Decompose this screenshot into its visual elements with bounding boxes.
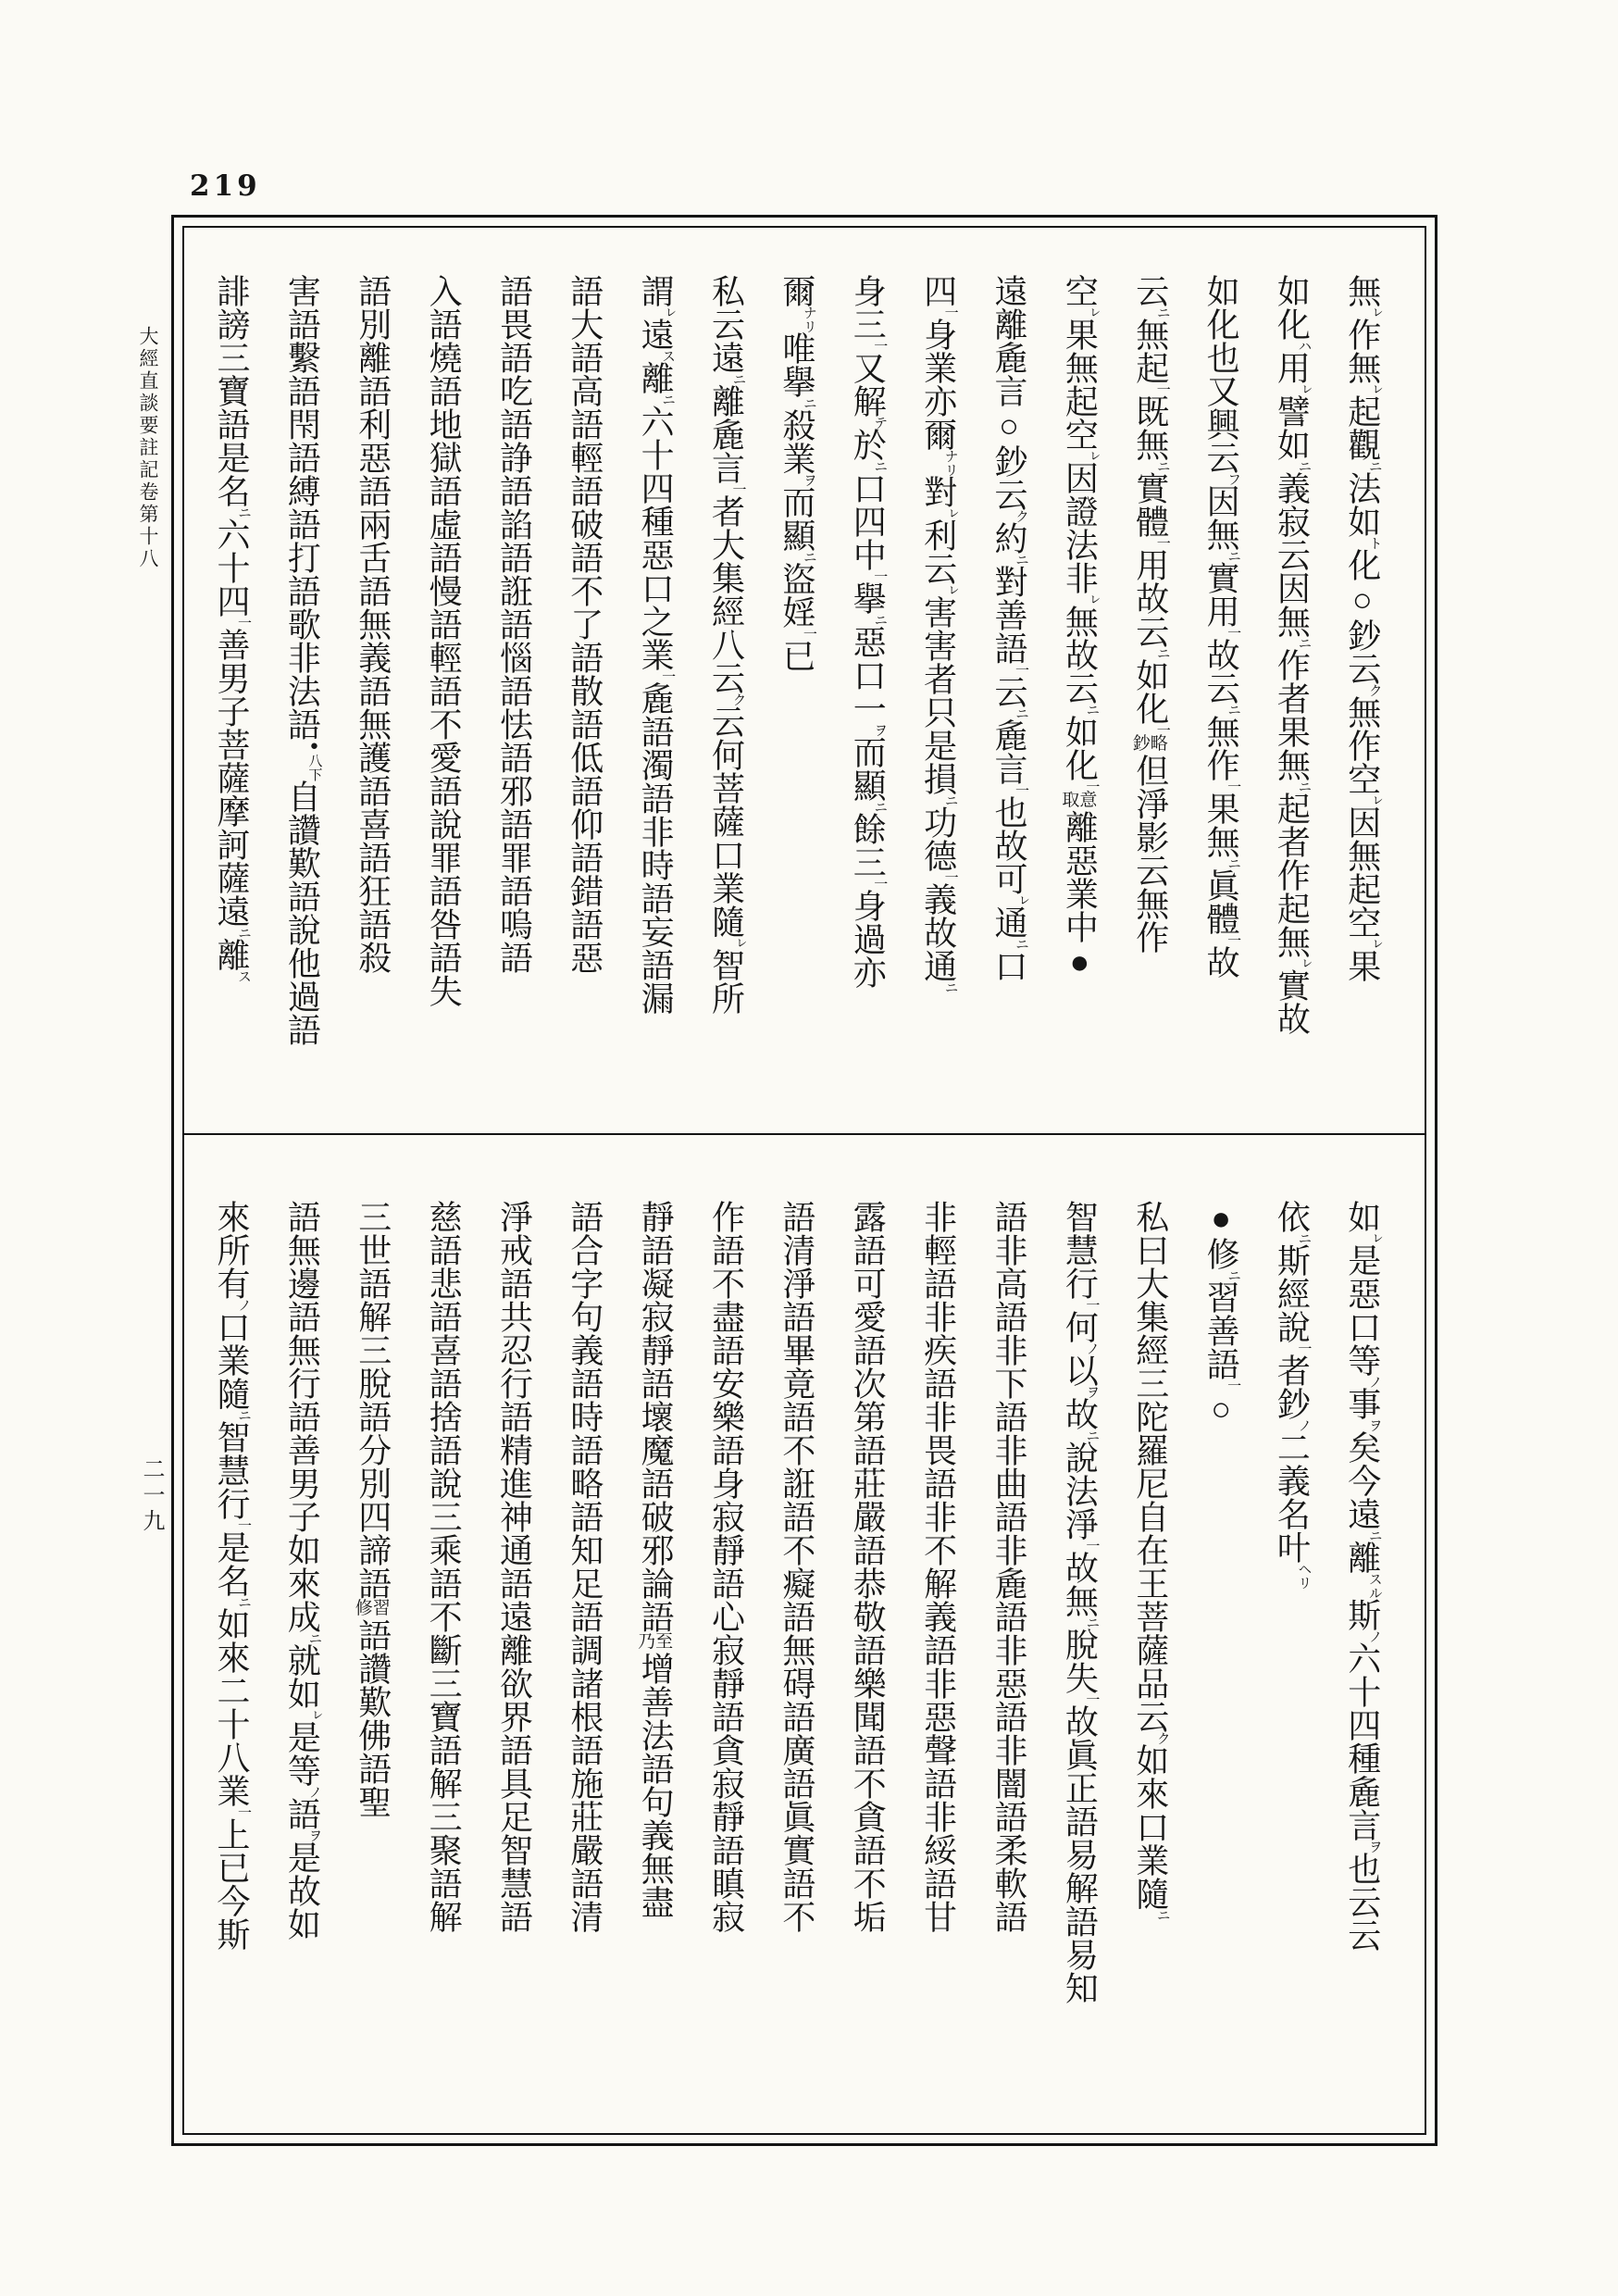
- kunten-mark: ク: [1367, 683, 1381, 697]
- text-column: 語大語高語輕語破語不了語散語低語仰語錯語惡: [566, 274, 604, 974]
- text-column: 智慧行一何ノ以ヲ故ニ說法淨一故無ニ脫失一故眞正語易解語易知: [1061, 1200, 1098, 2004]
- kunten-mark: ノ: [1367, 1629, 1381, 1643]
- kunten-mark: ノ: [1084, 1341, 1098, 1355]
- kunten-mark: テ: [872, 416, 886, 430]
- kunten-mark: ニ: [802, 396, 815, 410]
- kunten-mark: ニ: [1296, 459, 1310, 473]
- kunten-mark: ニ: [802, 550, 815, 564]
- kunten-mark: ㇾ: [943, 583, 957, 597]
- kunten-mark: ナリ: [943, 449, 957, 477]
- text-column: 慈語悲語喜語捨語說三乘語不斷三寶語解三聚語解: [425, 1200, 462, 1933]
- kunten-mark: ノ: [1367, 1375, 1381, 1389]
- kunten-mark: ト: [1367, 536, 1381, 550]
- top-text-block: 無ㇾ作無ㇾ起觀ニ法如ト化○鈔云ク無作空ㇾ因無起空ㇾ果如化ハ用ㇾ譬如ニ義寂云因無ニ…: [213, 274, 1381, 1128]
- kunten-mark: 一: [1226, 1379, 1239, 1392]
- kunten-mark: ニ: [1014, 706, 1027, 720]
- kunten-mark: ス: [236, 969, 250, 983]
- text-column: 語非高語非下語非曲語非麁語非惡語非闇語柔軟語: [990, 1200, 1027, 1933]
- kunten-mark: ハ: [1296, 339, 1310, 353]
- text-column: 來所有ノ口業隨ニ智慧行一是名ニ如來二十八業一上已今斯: [213, 1200, 250, 1951]
- kunten-mark: ニ: [1296, 1231, 1310, 1245]
- kunten-mark: ノ: [306, 1785, 320, 1799]
- text-column: 遠離麁言○鈔云ク約ニ對善語一云ニ麁言一也故可ㇾ通ニ口: [990, 274, 1027, 982]
- kunten-mark: 一: [872, 339, 886, 353]
- kunten-mark: ニ: [1014, 553, 1027, 567]
- kunten-mark: ニ: [660, 393, 674, 406]
- text-column: 四一身業亦爾ナリ對ㇾ利云ㇾ害害者只是損ニ功德一義故通ニ: [920, 274, 957, 992]
- kunten-mark: 一: [1084, 1692, 1098, 1706]
- kunten-mark: ニ: [1155, 306, 1169, 319]
- kunten-mark: 一: [802, 627, 815, 641]
- kunten-mark: 一: [1226, 780, 1239, 793]
- kunten-mark: ニ: [1296, 636, 1310, 650]
- kunten-mark: ㇾ: [1084, 306, 1098, 319]
- text-column: 爾ナリ唯擧ニ殺業ヲ而顯ニ盜婬一已: [778, 274, 815, 672]
- text-column: 三世語解三脫語分別四諦語修習語讚歎佛語聖: [355, 1200, 392, 1818]
- text-column: 淨戒語共忍行語精進神通語遠離欲界語具足智慧語: [495, 1200, 532, 1933]
- kunten-mark: ク: [731, 693, 745, 706]
- text-column: 語清淨語畢竟語不誑語不癡語無碍語廣語眞實語不: [778, 1200, 815, 1933]
- text-column: 語別離語利惡語兩舌語無義語無護語喜語狂語殺: [355, 274, 392, 974]
- text-column: 身三一又解テ於ニ口四中一擧ニ惡口一ヲ而顯ニ餘三一身過亦: [849, 274, 886, 989]
- kunten-mark: ㇾ: [943, 506, 957, 520]
- text-column: 作語不盡語安樂語身寂靜語心寂靜語貪寂靜語瞋寂: [708, 1200, 745, 1933]
- kunten-mark: 一: [1014, 663, 1027, 677]
- text-column: 私曰大集經三陀羅尼自在王菩薩品云ク如來口業隨ニ: [1132, 1200, 1169, 1920]
- kunten-mark: ㇾ: [1367, 1231, 1381, 1245]
- text-column: 空ㇾ果無起空ㇾ因證法非ㇾ無故云ニ如化一取意離惡業中●: [1061, 274, 1098, 980]
- kunten-mark: ニ: [1155, 459, 1169, 473]
- kunten-mark: 一: [236, 1805, 250, 1819]
- kunten-mark: ノ: [236, 1298, 250, 1312]
- kunten-mark: ニ: [1226, 1268, 1239, 1282]
- kunten-mark: ニ: [1367, 1529, 1381, 1542]
- kunten-mark: 一: [660, 669, 674, 683]
- kunten-mark: ヲ: [1084, 1385, 1098, 1399]
- interlinear-note: 取意: [1062, 792, 1097, 810]
- kunten-mark: 一: [872, 877, 886, 891]
- text-column: 如ㇾ是惡口等ノ事ヲ矣今遠ニ離スル斯ノ六十四種麁言ヲ也云云: [1344, 1200, 1381, 1952]
- text-column: 靜語凝寂靜語壞魔語破邪論語乃至增善法語句義無盡: [637, 1200, 674, 1918]
- text-column: 非輕語非疾語非畏語非不解義語非惡聲語非綏語甘: [920, 1200, 957, 1933]
- kunten-mark: ニ: [943, 980, 957, 994]
- text-column: 私云遠ニ離麁言一者大集經八云ク云何菩薩口業隨ㇾ智所: [708, 274, 745, 1015]
- kunten-mark: 一: [1084, 1539, 1098, 1553]
- bottom-text-block: 如ㇾ是惡口等ノ事ヲ矣今遠ニ離スル斯ノ六十四種麁言ヲ也云云依ニ斯經說一者鈔ノ二義名…: [213, 1200, 1381, 2137]
- kunten-mark: ㇾ: [1296, 382, 1310, 396]
- kunten-mark: ニ: [872, 613, 886, 627]
- kunten-mark: 一: [1226, 933, 1239, 947]
- kunten-mark: ㇾ: [306, 1708, 320, 1722]
- kunten-mark: ニ: [236, 1595, 250, 1609]
- kunten-mark: ニ: [1226, 703, 1239, 717]
- kunten-mark: ㇾ: [1084, 593, 1098, 606]
- kunten-mark: 一: [1155, 536, 1169, 550]
- kunten-mark: ニ: [1296, 780, 1310, 793]
- interlinear-note: 鈔略: [1133, 735, 1168, 754]
- kunten-mark: ク: [1155, 1731, 1169, 1745]
- text-column: 依ニ斯經說一者鈔ノ二義名叶ヘリ: [1273, 1200, 1310, 1588]
- kunten-mark: ニ: [1014, 937, 1027, 951]
- kunten-mark: フ: [1226, 472, 1239, 486]
- kunten-mark: ニ: [731, 372, 745, 386]
- kunten-mark: ニ: [236, 926, 250, 940]
- kunten-mark: 一: [731, 482, 745, 496]
- kunten-mark: ヲ: [802, 473, 815, 487]
- block-divider-rule: [184, 1133, 1425, 1135]
- kunten-mark: ヲ: [1367, 1418, 1381, 1432]
- kunten-mark: ニ: [943, 793, 957, 807]
- interlinear-note: 修習: [355, 1600, 391, 1618]
- text-column: 誹謗三寶語是名ニ六十四一善男子菩薩摩訶薩遠ニ離ス: [213, 274, 250, 981]
- margin-folio-number: 二一九: [140, 1457, 162, 1535]
- kunten-mark: 一: [236, 1518, 250, 1532]
- kunten-mark: 一: [1226, 626, 1239, 640]
- text-column: 如化也又興云フ因無ニ實用一故云ニ無作一果無ニ眞體一故: [1202, 274, 1239, 979]
- text-column: 入語燒語地獄語虛語慢語輕語不愛語說罪語咎語失: [425, 274, 462, 1007]
- page-number: 219: [190, 169, 261, 203]
- kunten-mark: ㇾ: [1367, 793, 1381, 807]
- kunten-mark: ク: [1014, 509, 1027, 523]
- kunten-mark: ヲ: [1367, 1840, 1381, 1853]
- text-column: 害語繫語閇語縛語打語歌非法語●八下自讚歎語說他過語: [283, 274, 320, 1046]
- kunten-mark: 一: [1155, 723, 1169, 737]
- kunten-mark: ス: [660, 349, 674, 363]
- kunten-mark: ●八下: [306, 739, 320, 781]
- kunten-mark: ニ: [1155, 646, 1169, 660]
- text-column: 語畏語吃語諍語諂語誑語惱語怯語邪語罪語嗚語: [495, 274, 532, 974]
- kunten-mark: ニ: [236, 1408, 250, 1422]
- kunten-mark: ヘリ: [1296, 1562, 1310, 1590]
- text-column: 謂ㇾ遠ス離ニ六十四種惡口之業一麁語濁語非時語妄語漏: [637, 274, 674, 1015]
- kunten-mark: 一: [872, 569, 886, 583]
- kunten-mark: ノ: [1296, 1418, 1310, 1432]
- kunten-mark: 一: [943, 306, 957, 319]
- kunten-mark: ナリ: [802, 306, 815, 333]
- text-column: ●修ニ習善語一○: [1202, 1200, 1239, 1428]
- kunten-mark: 一: [1084, 780, 1098, 793]
- text-column: 云ニ無起一既無ニ實體一用故云ニ如化一鈔略但淨影云無作: [1132, 274, 1169, 954]
- kunten-mark: ニ: [1226, 549, 1239, 563]
- interlinear-note: 乃至: [638, 1633, 673, 1652]
- kunten-mark: ニ: [1226, 856, 1239, 870]
- kunten-mark: 一: [1084, 1298, 1098, 1312]
- kunten-mark: ニ: [1155, 1908, 1169, 1922]
- kunten-mark: 一: [236, 616, 250, 630]
- kunten-mark: ニ: [1084, 1616, 1098, 1629]
- kunten-mark: ㇾ: [1367, 306, 1381, 319]
- kunten-mark: ㇾ: [1084, 449, 1098, 463]
- text-column: 如化ハ用ㇾ譬如ニ義寂云因無ニ作者果無ニ起者作起無ㇾ實故: [1273, 274, 1310, 1035]
- text-column: 無ㇾ作無ㇾ起觀ニ法如ト化○鈔云ク無作空ㇾ因無起空ㇾ果: [1344, 274, 1381, 982]
- kunten-mark: ニ: [1084, 1429, 1098, 1442]
- kunten-mark: ニ: [306, 1631, 320, 1645]
- kunten-mark: ニ: [1084, 703, 1098, 717]
- kunten-mark: ㇾ: [731, 936, 745, 950]
- scanned-page: { "page": { "folio_number_arabic": "219"…: [0, 0, 1618, 2296]
- kunten-mark: ㇾ: [1367, 382, 1381, 396]
- kunten-mark: 一: [1296, 1341, 1310, 1355]
- kunten-mark: 一: [1014, 783, 1027, 797]
- text-column: 語合字句義語時語略語知足語調諸根語施莊嚴語清: [566, 1200, 604, 1933]
- kunten-mark: ㇾ: [1367, 937, 1381, 951]
- kunten-mark: 一: [1155, 382, 1169, 396]
- margin-book-title: 大經直談要註記卷第十八: [138, 326, 157, 570]
- kunten-mark: ㇾ: [660, 306, 674, 319]
- kunten-mark: スル: [1367, 1572, 1381, 1600]
- kunten-mark: ニ: [872, 459, 886, 473]
- kunten-mark: ニ: [1367, 459, 1381, 473]
- kunten-mark: 一: [943, 870, 957, 884]
- kunten-mark: ヲ: [872, 723, 886, 737]
- kunten-mark: ヲ: [306, 1828, 320, 1842]
- text-column: 露語可愛語次第語莊嚴語恭敬語樂聞語不貪語不垢: [849, 1200, 886, 1933]
- kunten-mark: ㇾ: [1296, 956, 1310, 970]
- kunten-mark: ニ: [872, 800, 886, 814]
- text-column: 語無邊語無行語善男子如來成ニ就如ㇾ是等ノ語ヲ是故如: [283, 1200, 320, 1940]
- kunten-mark: ニ: [236, 505, 250, 519]
- kunten-mark: ㇾ: [1014, 893, 1027, 907]
